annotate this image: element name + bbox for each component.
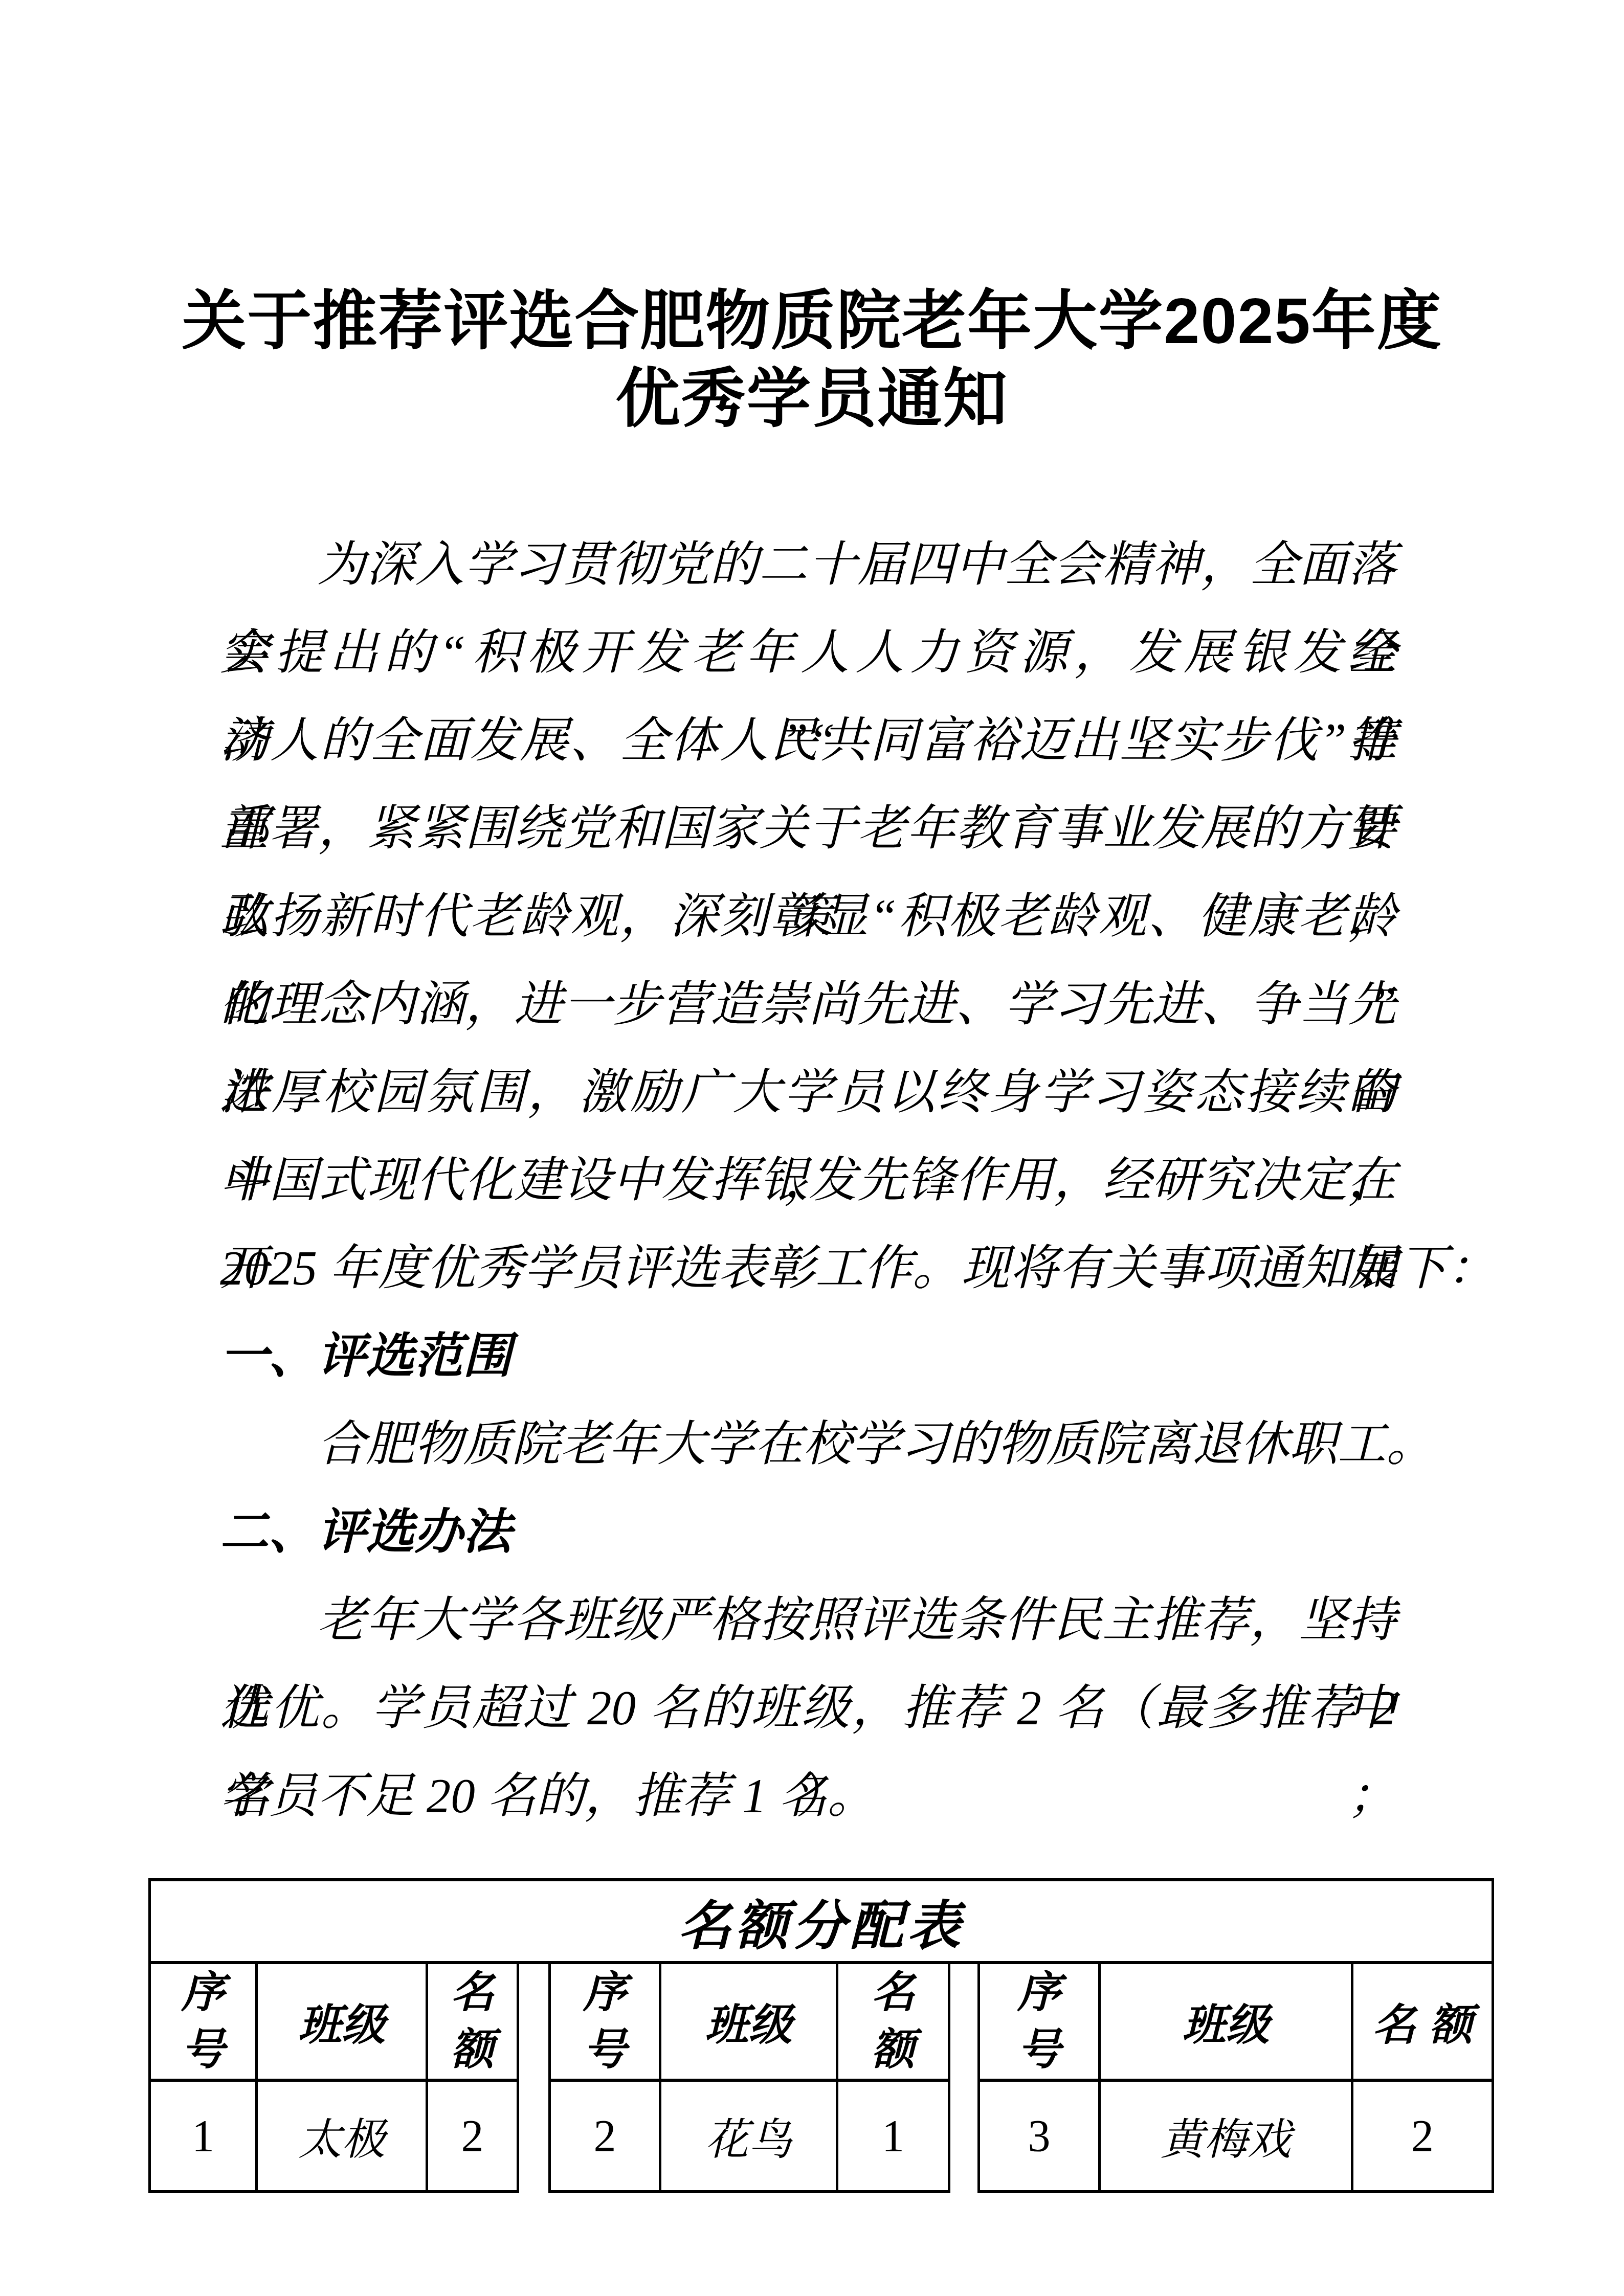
header-quota-g1: 名 额: [428, 1964, 519, 2082]
row-class-g2: 花鸟: [661, 2082, 838, 2193]
doc-title: 关于推荐评选合肥物质院老年大学2025年度 优秀学员通知: [0, 282, 1624, 438]
section-2-line: 选优。学员超过 20 名的班级，推荐 2 名（最多推荐 2 名）；: [220, 1664, 1396, 1752]
intro-line: 浓厚校园氛围，激励广大学员以终身学习姿态接续奋斗，在: [220, 1048, 1396, 1136]
row-quota-g1: 2: [428, 2082, 519, 2193]
header-index-g3: 序 号: [980, 1964, 1101, 2082]
gap-column: [950, 2082, 980, 2193]
gap-column: [519, 1964, 551, 2082]
row-index-g1: 1: [151, 2082, 258, 2193]
header-index-g1: 序 号: [151, 1964, 258, 2082]
intro-line: 的理念内涵，进一步营造崇尚先进、学习先进、争当先进的: [220, 960, 1396, 1048]
header-class-g2: 班级: [661, 1964, 838, 2082]
doc-title-line-1: 关于推荐评选合肥物质院老年大学2025年度: [0, 282, 1624, 360]
section-2-line: 老年大学各班级严格按照评选条件民主推荐，坚持优中: [220, 1576, 1396, 1664]
intro-line: 部署，紧紧围绕党和国家关于老年教育事业发展的方针政策，: [220, 784, 1396, 872]
row-index-g2: 2: [551, 2082, 661, 2193]
intro-line: 2025 年度优秀学员评选表彰工作。现将有关事项通知如下：: [220, 1224, 1396, 1312]
section-1-heading: 一、评选范围: [220, 1312, 1396, 1400]
section-1-line: 合肥物质院老年大学在校学习的物质院离退休职工。: [220, 1400, 1396, 1488]
intro-line: 弘扬新时代老龄观，深刻彰显“积极老龄观、健康老龄化”: [220, 872, 1396, 960]
header-quota-g2: 名 额: [838, 1964, 950, 2082]
body-text: 为深入学习贯彻党的二十届四中全会精神，全面落实全 会提出的“积极开发老年人人力资…: [220, 521, 1396, 1840]
row-class-g3: 黄梅戏: [1101, 2082, 1353, 2193]
intro-line: 为深入学习贯彻党的二十届四中全会精神，全面落实全: [220, 521, 1396, 609]
header-class-g3: 班级: [1101, 1964, 1353, 2082]
row-class-g1: 太极: [258, 2082, 428, 2193]
header-index-g2: 序 号: [551, 1964, 661, 2082]
document-page: 关于推荐评选合肥物质院老年大学2025年度 优秀学员通知 为深入学习贯彻党的二十…: [0, 0, 1624, 2296]
quota-allocation-table: 名额分配表 序 号 班级 名 额 序 号 班级 名 额 序 号 班级 名额 1 …: [148, 1878, 1494, 2193]
doc-title-line-2: 优秀学员通知: [0, 360, 1624, 438]
gap-column: [519, 2082, 551, 2193]
row-quota-g3: 2: [1353, 2082, 1494, 2193]
table-caption: 名额分配表: [151, 1881, 1494, 1964]
intro-line: 会提出的“积极开发老年人人力资源，发展银发经济”“推: [220, 609, 1396, 696]
section-2-heading: 二、评选办法: [220, 1488, 1396, 1576]
row-quota-g2: 1: [838, 2082, 950, 2193]
gap-column: [950, 1964, 980, 2082]
intro-line: 中国式现代化建设中发挥银发先锋作用，经研究决定，开展: [220, 1136, 1396, 1224]
header-quota-g3: 名额: [1353, 1964, 1494, 2082]
intro-line: 动人的全面发展、全体人民共同富裕迈出坚实步伐”等重要: [220, 696, 1396, 784]
row-index-g3: 3: [980, 2082, 1101, 2193]
header-class-g1: 班级: [258, 1964, 428, 2082]
